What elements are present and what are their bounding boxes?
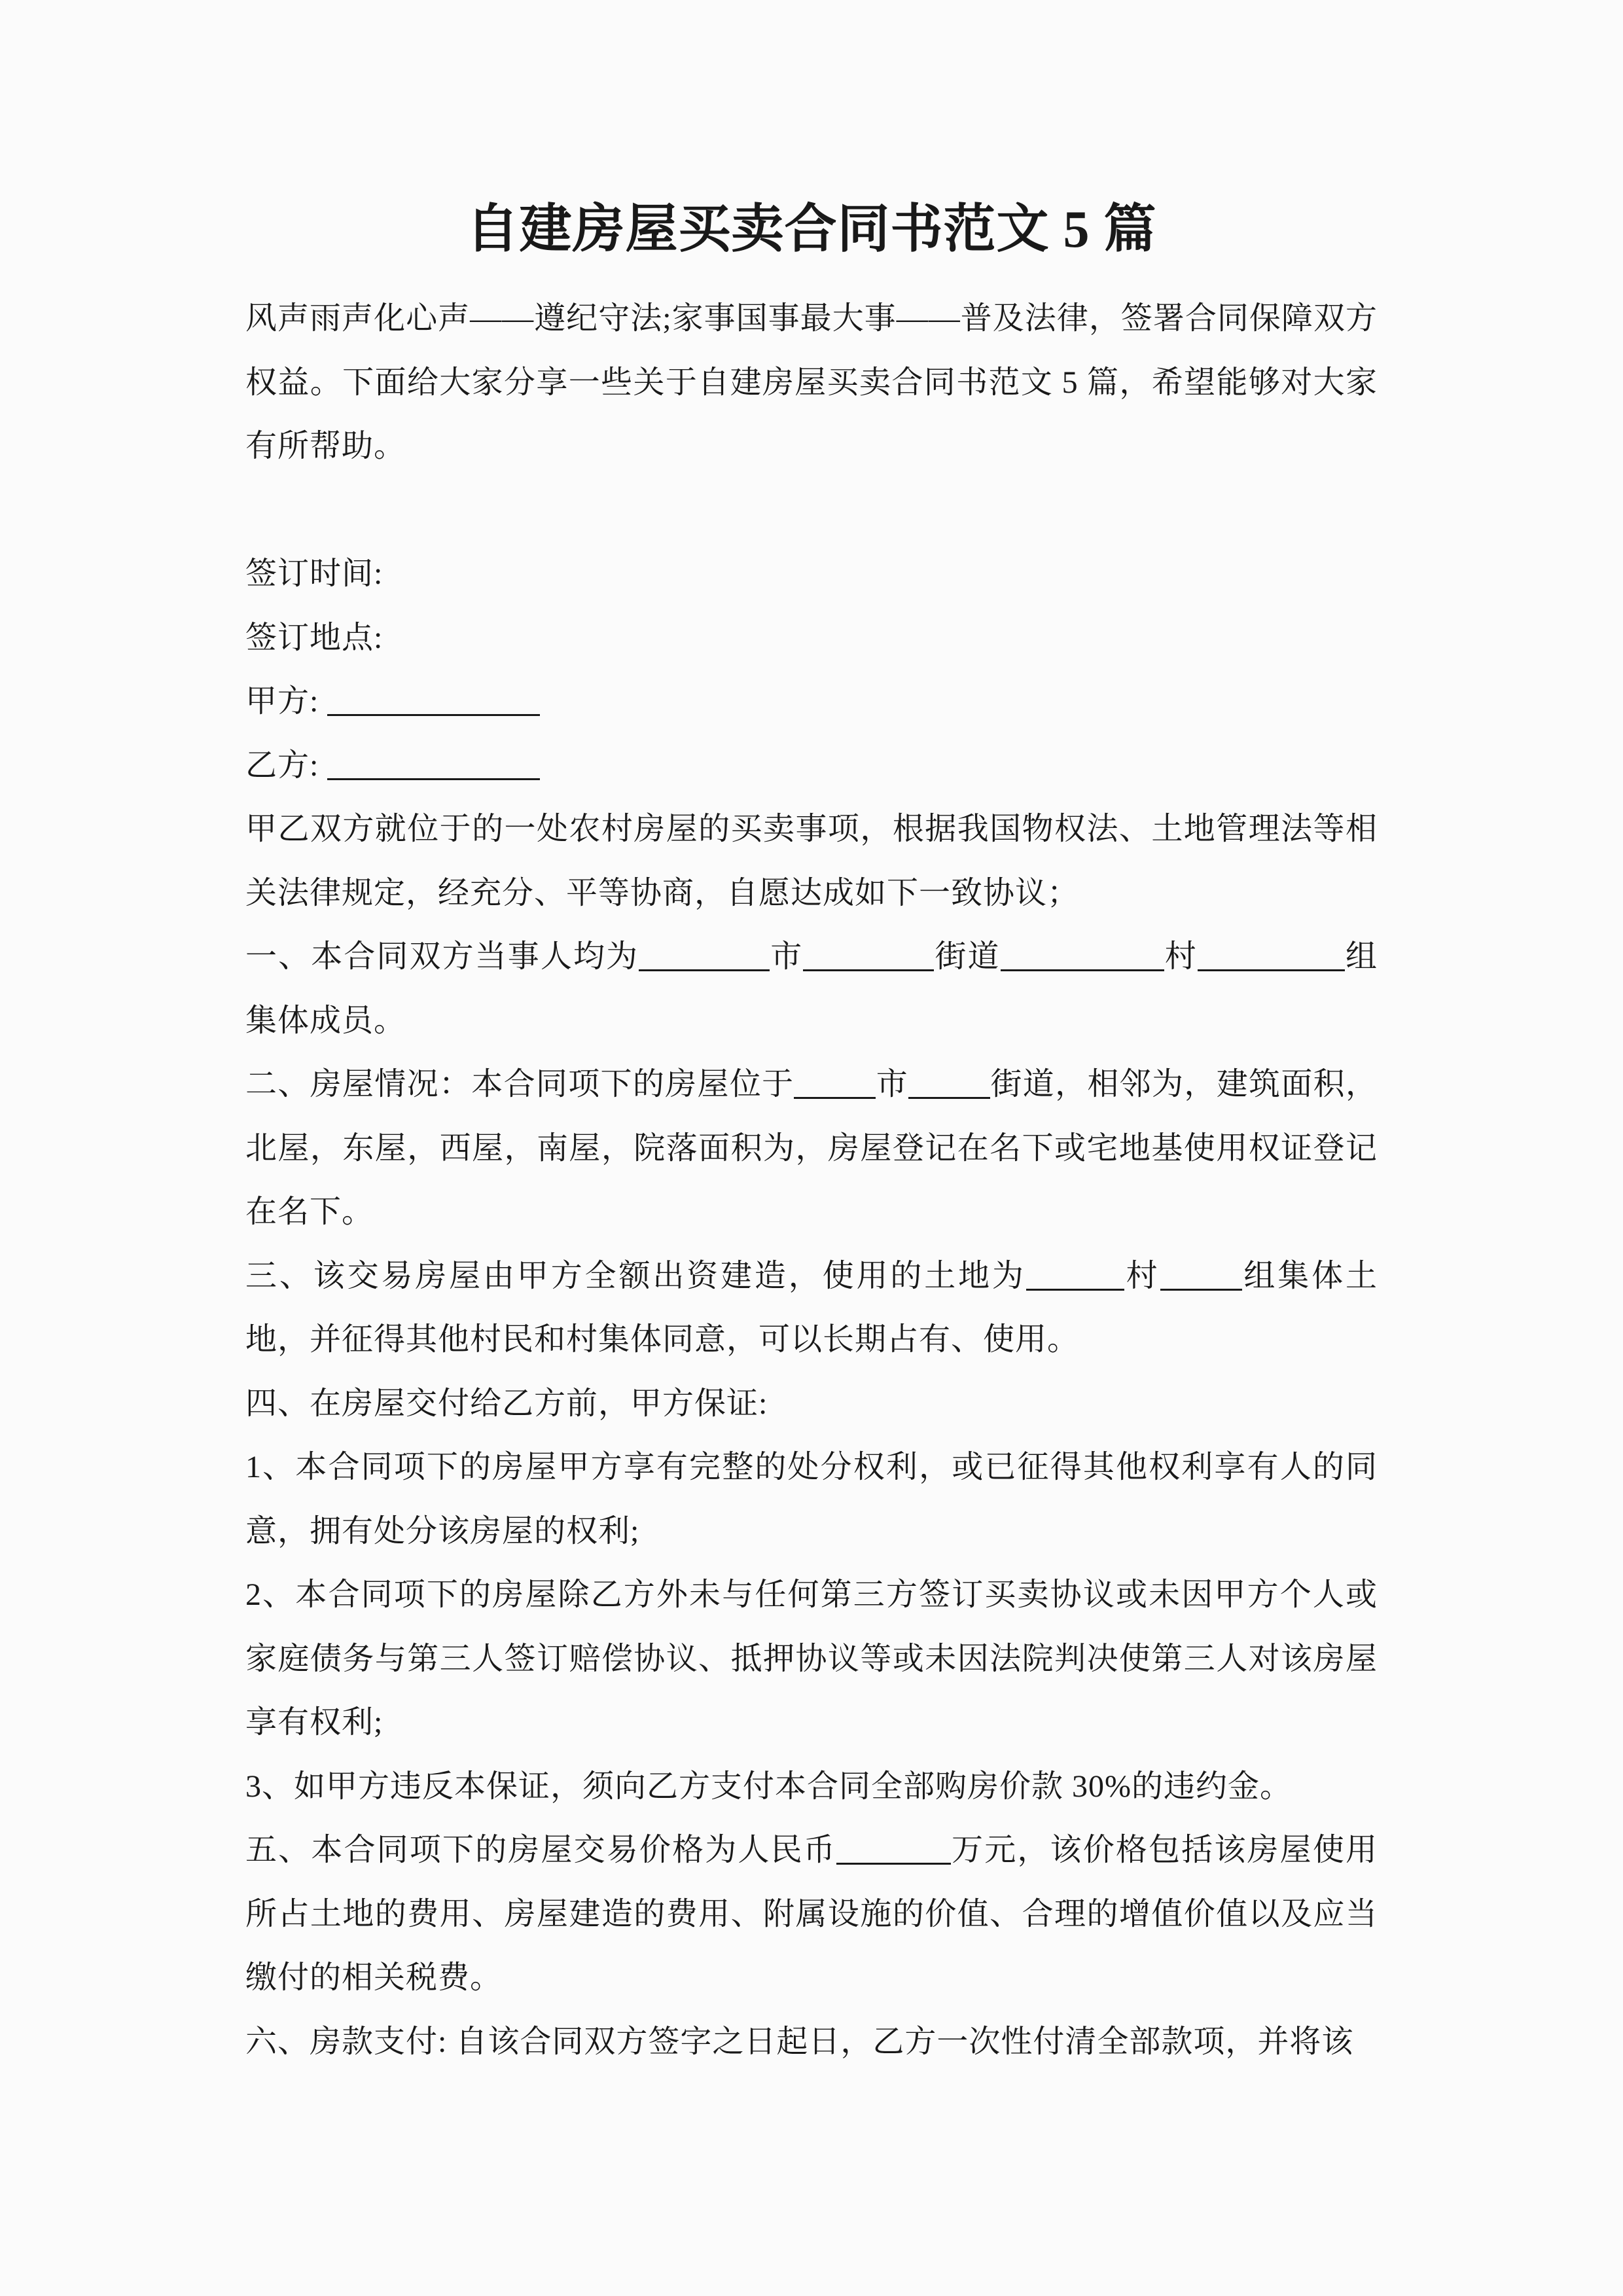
fill-in-blank bbox=[1198, 938, 1345, 971]
document-paragraph: 五、本合同项下的房屋交易价格为人民币万元，该价格包括该房屋使用所占土地的费用、房… bbox=[245, 1818, 1378, 2010]
document-paragraph: 3、如甲方违反本保证，须向乙方支付本合同全部购房价款 30%的违约金。 bbox=[245, 1755, 1378, 1819]
document-paragraph: 三、该交易房屋由甲方全额出资建造，使用的土地为村组集体土地，并征得其他村民和村集… bbox=[245, 1244, 1378, 1372]
document-body: 风声雨声化心声——遵纪守法;家事国事最大事——普及法律，签署合同保障双方权益。下… bbox=[245, 287, 1378, 2073]
fill-in-blank bbox=[639, 938, 770, 971]
fill-in-blank bbox=[1001, 938, 1164, 971]
document-paragraph: 签订地点: bbox=[245, 606, 1378, 670]
document-paragraph: 二、房屋情况：本合同项下的房屋位于市街道，相邻为，建筑面积，北屋，东屋，西屋，南… bbox=[245, 1052, 1378, 1244]
fill-in-blank bbox=[803, 938, 934, 971]
fill-in-blank bbox=[836, 1831, 951, 1865]
fill-in-blank bbox=[327, 683, 540, 716]
fill-in-blank bbox=[1026, 1257, 1124, 1291]
document-paragraph: 签订时间: bbox=[245, 542, 1378, 606]
document-title: 自建房屋买卖合同书范文 5 篇 bbox=[245, 191, 1378, 268]
document-page: 自建房屋买卖合同书范文 5 篇 风声雨声化心声——遵纪守法;家事国事最大事——普… bbox=[0, 0, 1623, 2296]
document-paragraph: 甲方: bbox=[245, 670, 1378, 734]
document-paragraph: 风声雨声化心声——遵纪守法;家事国事最大事——普及法律，签署合同保障双方权益。下… bbox=[245, 287, 1378, 478]
document-paragraph: 甲乙双方就位于的一处农村房屋的买卖事项，根据我国物权法、土地管理法等相关法律规定… bbox=[245, 797, 1378, 925]
fill-in-blank bbox=[794, 1066, 876, 1099]
blank-line bbox=[245, 478, 1378, 543]
fill-in-blank bbox=[1160, 1257, 1242, 1291]
document-paragraph: 2、本合同项下的房屋除乙方外未与任何第三方签订买卖协议或未因甲方个人或家庭债务与… bbox=[245, 1563, 1378, 1755]
document-paragraph: 一、本合同双方当事人均为市街道村组集体成员。 bbox=[245, 925, 1378, 1052]
fill-in-blank bbox=[327, 747, 540, 780]
fill-in-blank bbox=[908, 1066, 990, 1099]
document-paragraph: 乙方: bbox=[245, 734, 1378, 798]
document-paragraph: 六、房款支付: 自该合同双方签字之日起日，乙方一次性付清全部款项，并将该 bbox=[245, 2010, 1378, 2074]
document-paragraph: 四、在房屋交付给乙方前，甲方保证: bbox=[245, 1372, 1378, 1436]
document-paragraph: 1、本合同项下的房屋甲方享有完整的处分权利，或已征得其他权利享有人的同意，拥有处… bbox=[245, 1435, 1378, 1563]
